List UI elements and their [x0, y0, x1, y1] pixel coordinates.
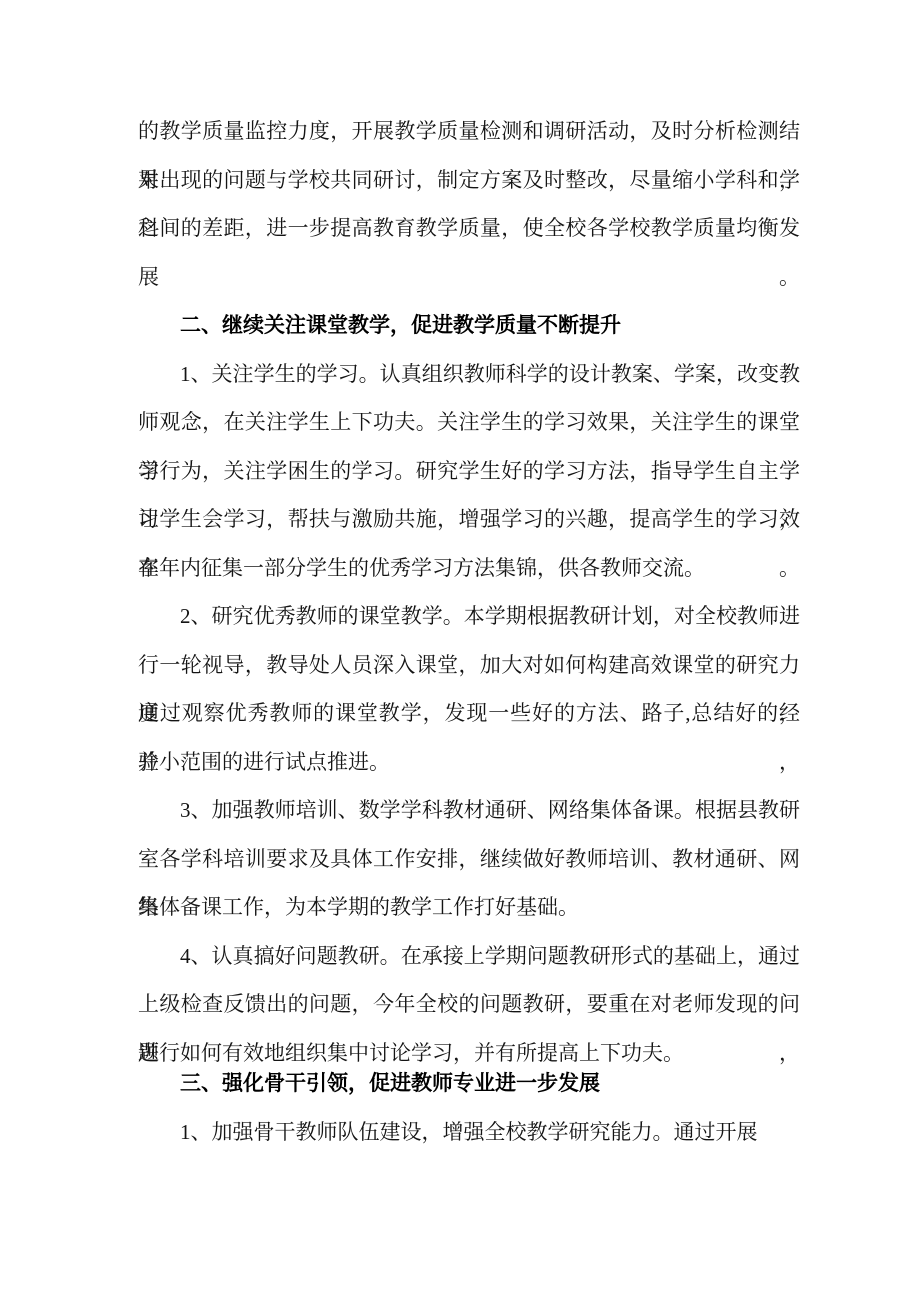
body-text-line: 对出现的问题与学校共同研讨，制定方案及时整改，尽量缩小学科和学科	[138, 156, 800, 205]
body-text-line: 习行为，关注学困生的学习。研究学生好的学习方法，指导学生自主学习，	[138, 447, 800, 496]
body-text-line: 之间的差距，进一步提高教育教学质量，使全校各学校教学质量均衡发展。	[138, 204, 800, 253]
body-text-line: 4、认真搞好问题教研。在承接上学期问题教研形式的基础上，通过	[138, 932, 800, 981]
body-text-line: 2、研究优秀教师的课堂教学。本学期根据教研计划，对全校教师进	[138, 592, 800, 641]
body-text-line: 在年内征集一部分学生的优秀学习方法集锦，供各教师交流。	[138, 544, 800, 593]
document-page: 的教学质量监控力度，开展教学质量检测和调研活动，及时分析检测结果，对出现的问题与…	[0, 0, 920, 1301]
heading-line: 二、继续关注课堂教学，促进教学质量不断提升	[138, 301, 800, 350]
body-text-line: 行一轮视导，教导处人员深入课堂，加大对如何构建高效课堂的研究力度，	[138, 641, 800, 690]
body-text-line: 的教学质量监控力度，开展教学质量检测和调研活动，及时分析检测结果，	[138, 107, 800, 156]
body-text-line: 集体备课工作，为本学期的教学工作打好基础。	[138, 883, 800, 932]
body-text-line: 通过观察优秀教师的课堂教学，发现一些好的方法、路子,总结好的经验，	[138, 689, 800, 738]
body-text-line: 上级检查反馈出的问题，今年全校的问题教研，要重在对老师发现的问题，	[138, 980, 800, 1029]
body-text-line: 1、加强骨干教师队伍建设，增强全校教学研究能力。通过开展	[138, 1108, 800, 1157]
body-text-line: 让学生会学习，帮扶与激励共施，增强学习的兴趣，提高学生的学习效率。	[138, 495, 800, 544]
body-text-line: 室各学科培训要求及具体工作安排，继续做好教师培训、教材通研、网络	[138, 835, 800, 884]
body-text-line: 师观念，在关注学生上下功夫。关注学生的学习效果，关注学生的课堂学	[138, 398, 800, 447]
body-text-line: 3、加强教师培训、数学学科教材通研、网络集体备课。根据县教研	[138, 786, 800, 835]
body-text-line: 1、关注学生的学习。认真组织教师科学的设计教案、学案，改变教	[138, 350, 800, 399]
document-body: 的教学质量监控力度，开展教学质量检测和调研活动，及时分析检测结果，对出现的问题与…	[138, 107, 800, 1156]
